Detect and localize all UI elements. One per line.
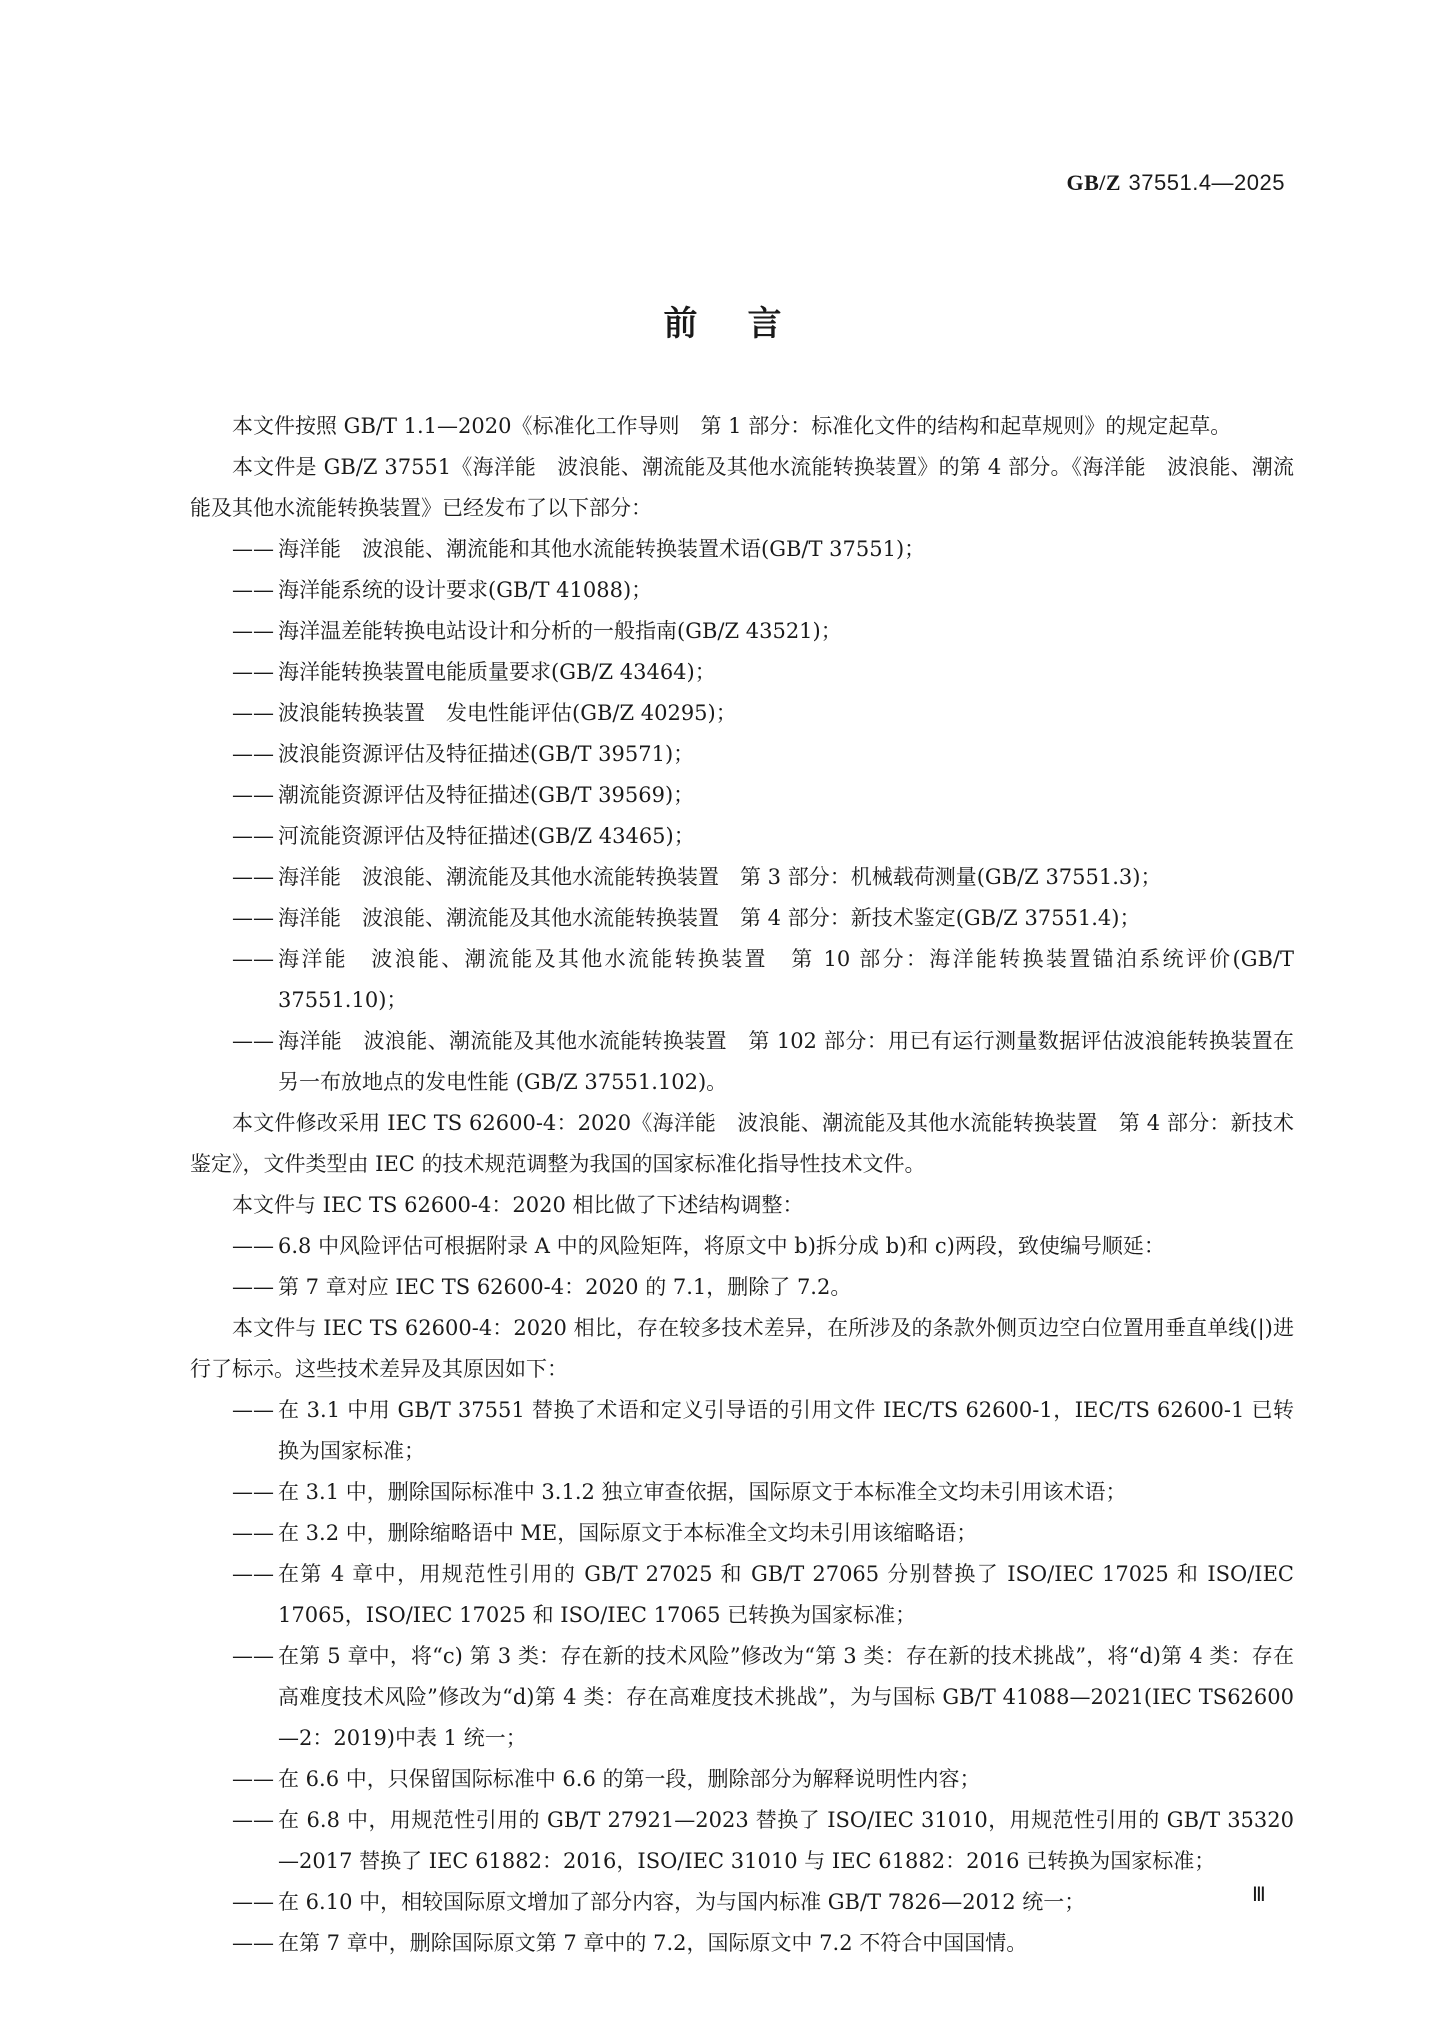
text: 海洋能 波浪能、潮流能及其他水流能转换装置 第 102 部分：用已有运行测量数据… bbox=[278, 1029, 1294, 1094]
list-dash: —— bbox=[232, 775, 274, 816]
list-dash: —— bbox=[232, 1267, 274, 1308]
document-code: GB/Z 37551.4—2025 bbox=[1066, 170, 1285, 196]
document-code-prefix: GB/Z bbox=[1066, 170, 1121, 195]
list-item: ——海洋能转换装置电能质量要求(GB/Z 43464)； bbox=[190, 652, 1294, 693]
list-dash: —— bbox=[232, 1513, 274, 1554]
list-dash: —— bbox=[232, 693, 274, 734]
list-dash: —— bbox=[232, 611, 274, 652]
list-dash: —— bbox=[232, 1472, 274, 1513]
text: 海洋能转换装置电能质量要求(GB/Z 43464)； bbox=[278, 660, 716, 684]
list-dash: —— bbox=[232, 1759, 274, 1800]
list-item: ——在 6.10 中，相较国际原文增加了部分内容，为与国内标准 GB/T 782… bbox=[190, 1882, 1294, 1923]
text: 6.8 中风险评估可根据附录 A 中的风险矩阵，将原文中 b)拆分成 b)和 c… bbox=[278, 1234, 1165, 1258]
list-item: ——6.8 中风险评估可根据附录 A 中的风险矩阵，将原文中 b)拆分成 b)和… bbox=[190, 1226, 1294, 1267]
paragraph: 本文件与 IEC TS 62600-4：2020 相比，存在较多技术差异，在所涉… bbox=[190, 1308, 1294, 1390]
text: 在 3.1 中用 GB/T 37551 替换了术语和定义引导语的引用文件 IEC… bbox=[278, 1398, 1294, 1463]
text: 在第 7 章中，删除国际原文第 7 章中的 7.2，国际原文中 7.2 不符合中… bbox=[278, 1931, 1027, 1955]
text: 本文件按照 GB/T 1.1—2020《标准化工作导则 第 1 部分：标准化文件… bbox=[232, 414, 1231, 438]
list-item: ——河流能资源评估及特征描述(GB/Z 43465)； bbox=[190, 816, 1294, 857]
paragraph: 本文件与 IEC TS 62600-4：2020 相比做了下述结构调整： bbox=[190, 1185, 1294, 1226]
text: 海洋能 波浪能、潮流能及其他水流能转换装置 第 10 部分：海洋能转换装置锚泊系… bbox=[278, 947, 1294, 1012]
text: 海洋能 波浪能、潮流能和其他水流能转换装置术语(GB/T 37551)； bbox=[278, 537, 925, 561]
text: 在 3.2 中，删除缩略语中 ME，国际原文于本标准全文均未引用该缩略语； bbox=[278, 1521, 977, 1545]
text: 波浪能转换装置 发电性能评估(GB/Z 40295)； bbox=[278, 701, 737, 725]
list-dash: —— bbox=[232, 898, 274, 939]
list-item: ——海洋能系统的设计要求(GB/T 41088)； bbox=[190, 570, 1294, 611]
list-dash: —— bbox=[232, 1636, 274, 1677]
text: 本文件是 GB/Z 37551《海洋能 波浪能、潮流能及其他水流能转换装置》的第… bbox=[190, 455, 1294, 520]
list-dash: —— bbox=[232, 1226, 274, 1267]
text: 海洋能 波浪能、潮流能及其他水流能转换装置 第 3 部分：机械载荷测量(GB/Z… bbox=[278, 865, 1161, 889]
list-item: ——在 3.1 中用 GB/T 37551 替换了术语和定义引导语的引用文件 I… bbox=[190, 1390, 1294, 1472]
list-item: ——在第 5 章中，将“c) 第 3 类：存在新的技术风险”修改为“第 3 类：… bbox=[190, 1636, 1294, 1759]
list-dash: —— bbox=[232, 529, 274, 570]
list-item: ——波浪能资源评估及特征描述(GB/T 39571)； bbox=[190, 734, 1294, 775]
list-item: ——海洋能 波浪能、潮流能及其他水流能转换装置 第 10 部分：海洋能转换装置锚… bbox=[190, 939, 1294, 1021]
list-dash: —— bbox=[232, 1554, 274, 1595]
list-item: ——第 7 章对应 IEC TS 62600-4：2020 的 7.1，删除了 … bbox=[190, 1267, 1294, 1308]
list-item: ——潮流能资源评估及特征描述(GB/T 39569)； bbox=[190, 775, 1294, 816]
text: 河流能资源评估及特征描述(GB/Z 43465)； bbox=[278, 824, 695, 848]
paragraph: 本文件修改采用 IEC TS 62600-4：2020《海洋能 波浪能、潮流能及… bbox=[190, 1103, 1294, 1185]
page-number: Ⅲ bbox=[1252, 1882, 1266, 1907]
text: 在 3.1 中，删除国际标准中 3.1.2 独立审查依据，国际原文于本标准全文均… bbox=[278, 1480, 1127, 1504]
list-dash: —— bbox=[232, 734, 274, 775]
list-dash: —— bbox=[232, 1882, 274, 1923]
text: 在第 5 章中，将“c) 第 3 类：存在新的技术风险”修改为“第 3 类：存在… bbox=[278, 1644, 1294, 1750]
list-dash: —— bbox=[232, 816, 274, 857]
text: 在 6.10 中，相较国际原文增加了部分内容，为与国内标准 GB/T 7826—… bbox=[278, 1890, 1085, 1914]
text: 本文件与 IEC TS 62600-4：2020 相比，存在较多技术差异，在所涉… bbox=[190, 1316, 1294, 1381]
list-dash: —— bbox=[232, 857, 274, 898]
text: 在第 4 章中，用规范性引用的 GB/T 27025 和 GB/T 27065 … bbox=[278, 1562, 1294, 1627]
list-item: ——在 6.6 中，只保留国际标准中 6.6 的第一段，删除部分为解释说明性内容… bbox=[190, 1759, 1294, 1800]
list-dash: —— bbox=[232, 652, 274, 693]
text: 潮流能资源评估及特征描述(GB/T 39569)； bbox=[278, 783, 694, 807]
list-item: ——在 6.8 中，用规范性引用的 GB/T 27921—2023 替换了 IS… bbox=[190, 1800, 1294, 1882]
text: 波浪能资源评估及特征描述(GB/T 39571)； bbox=[278, 742, 694, 766]
text: 在 6.8 中，用规范性引用的 GB/T 27921—2023 替换了 ISO/… bbox=[278, 1808, 1294, 1873]
list-item: ——海洋能 波浪能、潮流能及其他水流能转换装置 第 3 部分：机械载荷测量(GB… bbox=[190, 857, 1294, 898]
list-dash: —— bbox=[232, 1800, 274, 1841]
list-item: ——在 3.2 中，删除缩略语中 ME，国际原文于本标准全文均未引用该缩略语； bbox=[190, 1513, 1294, 1554]
text: 海洋能系统的设计要求(GB/T 41088)； bbox=[278, 578, 652, 602]
document-code-number: 37551.4—2025 bbox=[1129, 170, 1285, 195]
list-dash: —— bbox=[232, 570, 274, 611]
paragraph: 本文件按照 GB/T 1.1—2020《标准化工作导则 第 1 部分：标准化文件… bbox=[190, 406, 1294, 447]
list-dash: —— bbox=[232, 1923, 274, 1964]
text: 海洋能 波浪能、潮流能及其他水流能转换装置 第 4 部分：新技术鉴定(GB/Z … bbox=[278, 906, 1140, 930]
list-item: ——在第 7 章中，删除国际原文第 7 章中的 7.2，国际原文中 7.2 不符… bbox=[190, 1923, 1294, 1964]
text: 海洋温差能转换电站设计和分析的一般指南(GB/Z 43521)； bbox=[278, 619, 842, 643]
list-item: ——海洋能 波浪能、潮流能及其他水流能转换装置 第 102 部分：用已有运行测量… bbox=[190, 1021, 1294, 1103]
list-dash: —— bbox=[232, 939, 274, 980]
list-dash: —— bbox=[232, 1021, 274, 1062]
foreword-body: 本文件按照 GB/T 1.1—2020《标准化工作导则 第 1 部分：标准化文件… bbox=[190, 406, 1294, 1964]
page-title: 前言 bbox=[0, 296, 1445, 345]
text: 本文件修改采用 IEC TS 62600-4：2020《海洋能 波浪能、潮流能及… bbox=[190, 1111, 1294, 1176]
list-item: ——在第 4 章中，用规范性引用的 GB/T 27025 和 GB/T 2706… bbox=[190, 1554, 1294, 1636]
list-item: ——海洋能 波浪能、潮流能及其他水流能转换装置 第 4 部分：新技术鉴定(GB/… bbox=[190, 898, 1294, 939]
text: 在 6.6 中，只保留国际标准中 6.6 的第一段，删除部分为解释说明性内容； bbox=[278, 1767, 981, 1791]
list-item: ——在 3.1 中，删除国际标准中 3.1.2 独立审查依据，国际原文于本标准全… bbox=[190, 1472, 1294, 1513]
text: 第 7 章对应 IEC TS 62600-4：2020 的 7.1，删除了 7.… bbox=[278, 1275, 851, 1299]
list-item: ——波浪能转换装置 发电性能评估(GB/Z 40295)； bbox=[190, 693, 1294, 734]
list-item: ——海洋温差能转换电站设计和分析的一般指南(GB/Z 43521)； bbox=[190, 611, 1294, 652]
list-item: ——海洋能 波浪能、潮流能和其他水流能转换装置术语(GB/T 37551)； bbox=[190, 529, 1294, 570]
paragraph: 本文件是 GB/Z 37551《海洋能 波浪能、潮流能及其他水流能转换装置》的第… bbox=[190, 447, 1294, 529]
list-dash: —— bbox=[232, 1390, 274, 1431]
text: 本文件与 IEC TS 62600-4：2020 相比做了下述结构调整： bbox=[232, 1193, 804, 1217]
